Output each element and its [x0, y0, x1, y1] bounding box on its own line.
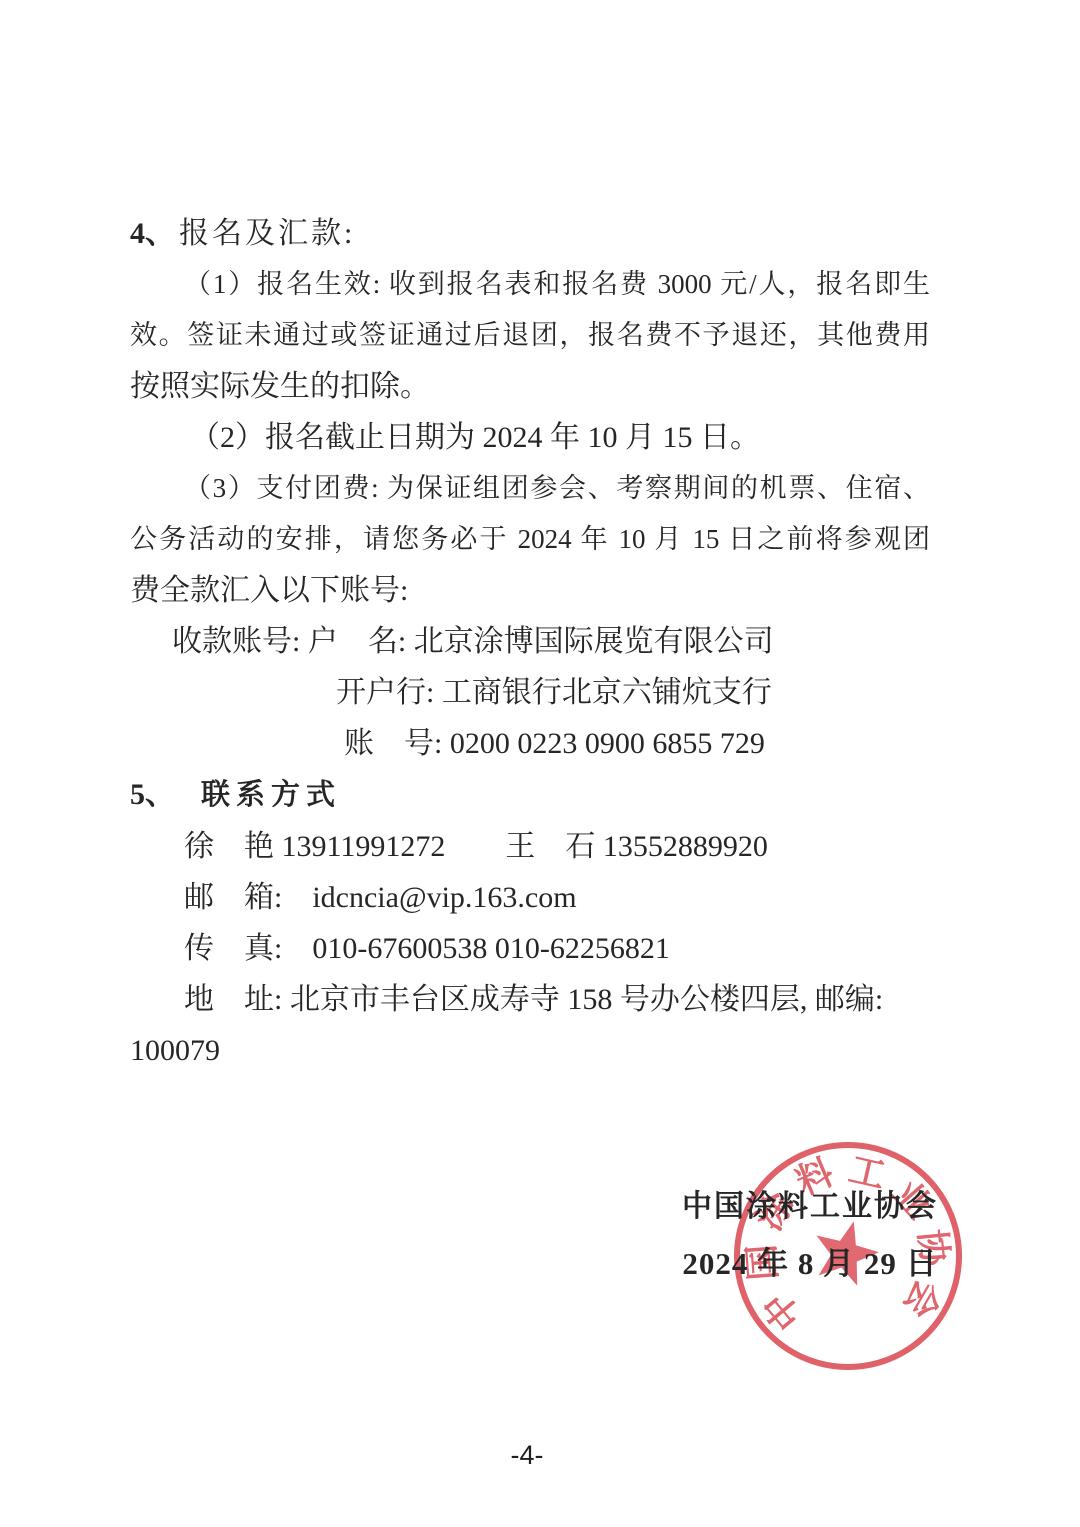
section4-item2-line1: （2）报名截止日期为 2024 年 10 月 15 日。 — [130, 412, 930, 463]
signature-date: 2024 年 8 月 29 日 — [660, 1235, 960, 1292]
section4-item1-line3: 按照实际发生的扣除。 — [130, 361, 930, 412]
contact-postcode: 100079 — [130, 1025, 930, 1076]
section4-item3-line3: 费全款汇入以下账号: — [130, 565, 930, 616]
bank-branch: 开户行: 工商银行北京六铺炕支行 — [336, 667, 930, 718]
section4-number: 4、 — [130, 217, 175, 250]
section5-title: 联系方式 — [201, 779, 341, 811]
section4-item3-line2: 公务活动的安排，请您务必于 2024 年 10 月 15 日之前将参观团 — [130, 514, 930, 565]
signature-block: 中国涂料工业协会 2024 年 8 月 29 日 — [660, 1178, 960, 1292]
signature-org-name: 中国涂料工业协会 — [660, 1178, 960, 1235]
bank-account-number: 账 号: 0200 0223 0900 6855 729 — [344, 718, 930, 769]
contact-address: 地 址: 北京市丰台区成寿寺 158 号办公楼四层, 邮编: — [184, 974, 930, 1025]
page-number: -4- — [0, 1440, 1054, 1470]
section4-title: 报名及汇款: — [179, 217, 355, 250]
section4-item1-line1: （1）报名生效: 收到报名表和报名费 3000 元/人，报名即生 — [130, 259, 930, 310]
contact-email: 邮 箱: idcncia@vip.163.com — [184, 872, 930, 923]
section4-item1-line2: 效。签证未通过或签证通过后退团，报名费不予退还，其他费用 — [130, 310, 930, 361]
document-body: 4、报名及汇款: （1）报名生效: 收到报名表和报名费 3000 元/人，报名即… — [130, 208, 930, 1076]
section5-heading: 5、联系方式 — [130, 769, 930, 821]
section4-item3-line1: （3）支付团费: 为保证组团参会、考察期间的机票、住宿、 — [130, 463, 930, 514]
section4-heading: 4、报名及汇款: — [130, 208, 930, 259]
document-page: 4、报名及汇款: （1）报名生效: 收到报名表和报名费 3000 元/人，报名即… — [0, 0, 1080, 1527]
section5-number: 5、 — [130, 778, 175, 811]
bank-account-holder: 收款账号: 户 名: 北京涂博国际展览有限公司 — [172, 616, 930, 667]
contact-phones: 徐 艳 13911991272 王 石 13552889920 — [184, 821, 930, 872]
contact-fax: 传 真: 010-67600538 010-62256821 — [184, 923, 930, 974]
